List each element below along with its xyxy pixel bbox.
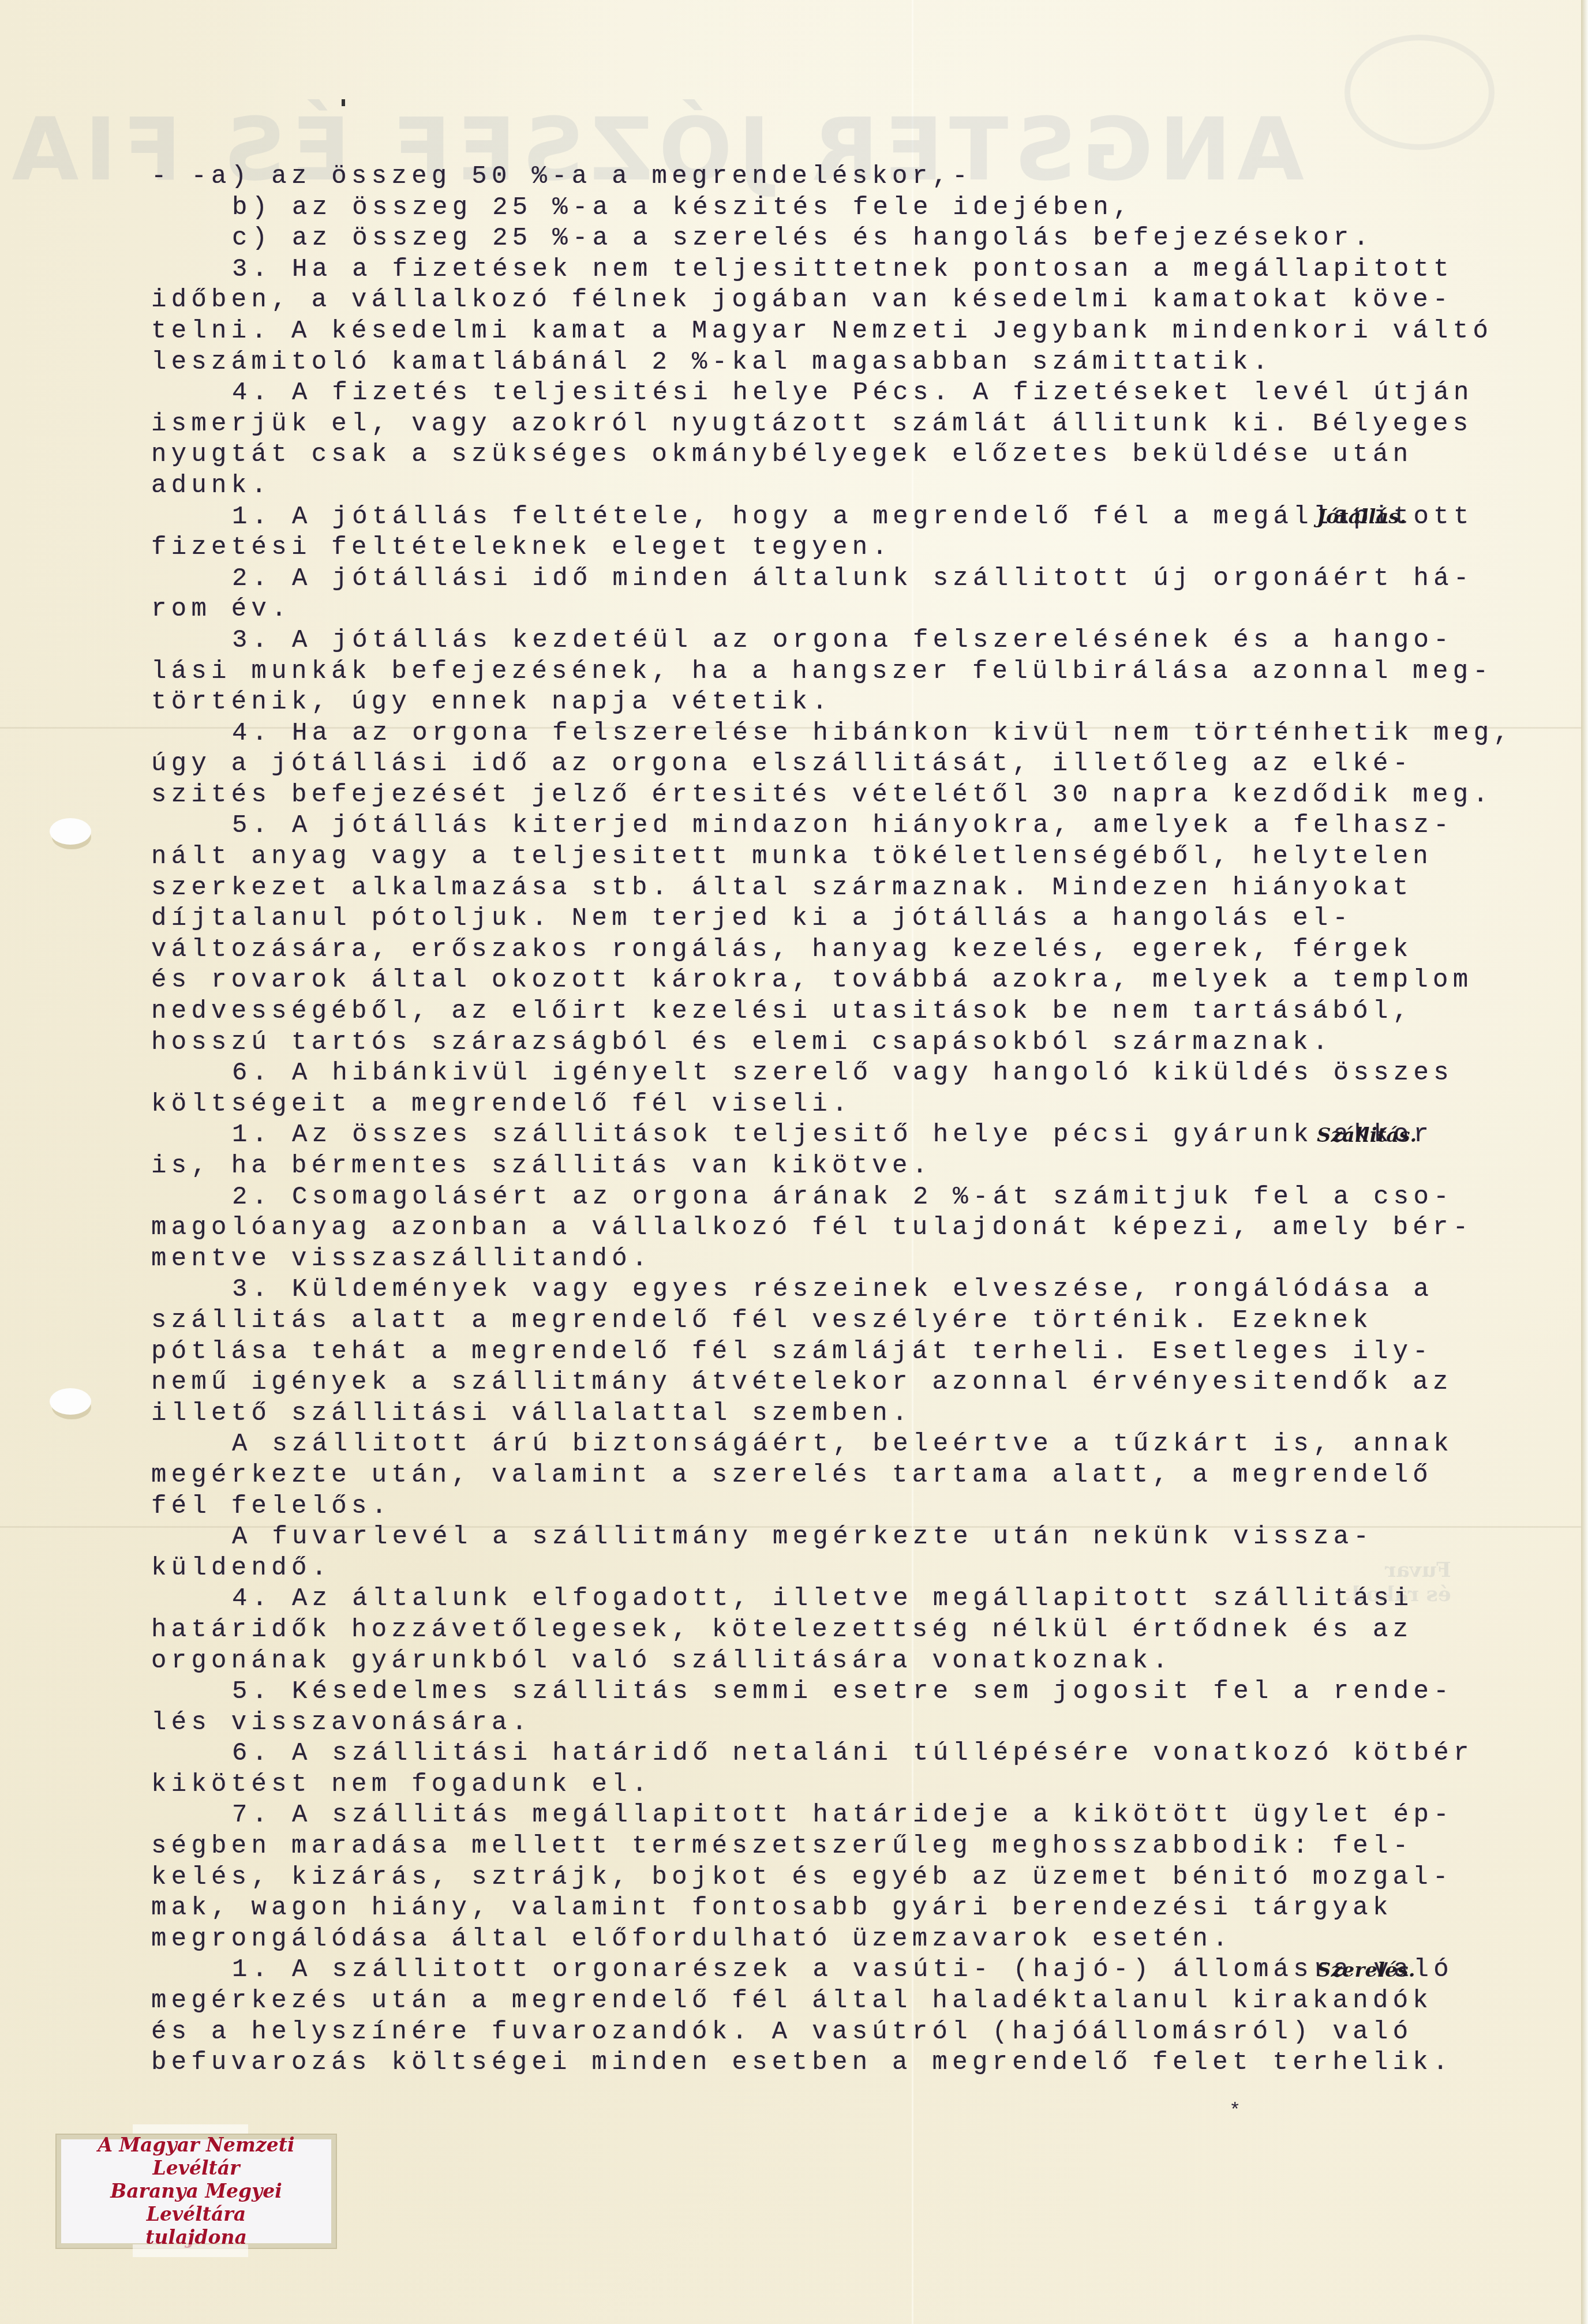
archive-label-line-1: A Magyar Nemzeti Levéltár <box>61 2134 331 2180</box>
text-line: költségeit a megrendelő fél viseli. <box>151 1089 1317 1120</box>
text-line: és rovarok által okozott károkra, tovább… <box>151 965 1317 996</box>
page-edge <box>1581 0 1588 2324</box>
text-line: változására, erőszakos rongálás, hanyag … <box>151 935 1317 966</box>
text-line: mak, wagon hiány, valamint fontosabb gyá… <box>151 1893 1317 1924</box>
text-line: 3. A jótállás kezdetéül az orgona felsze… <box>151 625 1317 657</box>
document-page: ANGSTER JÓZSEF ÉS FIA PÉCS Fuvarés rakod… <box>0 0 1588 2324</box>
text-line: kikötést nem fogadunk el. <box>151 1770 1317 1801</box>
text-line: 4. A fizetés teljesitési helye Pécs. A f… <box>151 378 1317 409</box>
adhesive-tape <box>133 2244 248 2257</box>
archive-label-line-2: Baranya Megyei Levéltára <box>61 2180 331 2226</box>
text-line: lés visszavonására. <box>151 1708 1317 1739</box>
text-line: ségben maradása mellett természetszerűle… <box>151 1831 1317 1862</box>
text-line: 2. Csomagolásért az orgona árának 2 %-át… <box>151 1182 1317 1213</box>
text-line: orgonának gyárunkból való szállitására v… <box>151 1646 1317 1677</box>
text-line: szerkezet alkalmazása stb. által származ… <box>151 873 1317 904</box>
text-line: ismerjük el, vagy azokról nyugtázott szá… <box>151 409 1317 440</box>
text-line: 6. A hibánkivül igényelt szerelő vagy ha… <box>151 1058 1317 1089</box>
margin-note-szereles: Szerelés. <box>1317 1959 1415 1982</box>
text-line: b) az összeg 25 %-a a készités fele idej… <box>151 193 1317 224</box>
text-line: c) az összeg 25 %-a a szerelés és hangol… <box>151 223 1317 254</box>
text-line: szállitás alatt a megrendelő fél veszély… <box>151 1306 1317 1337</box>
punch-hole <box>50 1388 91 1415</box>
text-line: hosszú tartós szárazságból és elemi csap… <box>151 1028 1317 1059</box>
end-mark: * <box>1229 2100 1241 2122</box>
text-line: A szállitott árú biztonságáért, beleértv… <box>151 1429 1317 1460</box>
text-line: 3. Küldemények vagy egyes részeinek elve… <box>151 1275 1317 1306</box>
text-line: nemű igények a szállitmány átvételekor a… <box>151 1367 1317 1399</box>
text-line: 5. A jótállás kiterjed mindazon hiányokr… <box>151 811 1317 842</box>
text-line: 6. A szállitási határidő netaláni túllép… <box>151 1738 1317 1770</box>
archive-ownership-label: A Magyar Nemzeti Levéltár Baranya Megyei… <box>55 2134 337 2249</box>
text-line: kelés, kizárás, sztrájk, bojkot és egyéb… <box>151 1862 1317 1894</box>
text-line: 5. Késedelmes szállitás semmi esetre sem… <box>151 1677 1317 1708</box>
text-line: 1. A szállitott orgonarészek a vasúti- (… <box>151 1955 1317 1986</box>
text-line: lási munkák befejezésének, ha a hangszer… <box>151 657 1317 688</box>
text-line: díjtalanul pótoljuk. Nem terjed ki a jót… <box>151 904 1317 935</box>
text-line: A fuvarlevél a szállitmány megérkezte ut… <box>151 1522 1317 1553</box>
text-line: történik, úgy ennek napja vétetik. <box>151 687 1317 718</box>
text-line: úgy a jótállási idő az orgona elszállitá… <box>151 749 1317 780</box>
text-line: nált anyag vagy a teljesitett munka töké… <box>151 842 1317 873</box>
margin-note-jotallas: Jótállás. <box>1317 505 1406 528</box>
text-line: illető szállitási vállalattal szemben. <box>151 1399 1317 1430</box>
text-line: befuvarozás költségei minden esetben a m… <box>151 2048 1317 2079</box>
typewritten-body: - -a) az összeg 50 %-a a megrendeléskor,… <box>151 162 1317 2079</box>
text-line: nedvességéből, az előirt kezelési utasit… <box>151 996 1317 1028</box>
text-line: megérkezés után a megrendelő fél által h… <box>151 1986 1317 2017</box>
text-line: mentve visszaszállitandó. <box>151 1244 1317 1275</box>
text-line: megrongálódása által előfordulható üzemz… <box>151 1924 1317 1955</box>
text-line: 3. Ha a fizetések nem teljesittetnek pon… <box>151 254 1317 286</box>
text-line: magolóanyag azonban a vállalkozó fél tul… <box>151 1213 1317 1244</box>
ink-dot <box>342 99 345 106</box>
text-line: 1. A jótállás feltétele, hogy a megrende… <box>151 502 1317 533</box>
text-line: rom év. <box>151 594 1317 625</box>
text-line: - -a) az összeg 50 %-a a megrendeléskor,… <box>151 162 1317 193</box>
text-line: telni. A késedelmi kamat a Magyar Nemzet… <box>151 316 1317 347</box>
text-line: fél felelős. <box>151 1491 1317 1523</box>
text-line: és a helyszínére fuvarozandók. A vasútró… <box>151 2017 1317 2048</box>
text-line: időben, a vállalkozó félnek jogában van … <box>151 285 1317 316</box>
text-line: pótlása tehát a megrendelő fél számláját… <box>151 1337 1317 1368</box>
text-line: adunk. <box>151 471 1317 502</box>
text-line: 4. Ha az orgona felszerelése hibánkon ki… <box>151 718 1317 749</box>
text-line: is, ha bérmentes szállitás van kikötve. <box>151 1151 1317 1182</box>
text-line: küldendő. <box>151 1553 1317 1584</box>
text-line: határidők hozzávetőlegesek, kötelezettsé… <box>151 1615 1317 1646</box>
punch-hole <box>50 818 91 845</box>
letterhead-logo-showthrough <box>1344 35 1495 150</box>
margin-note-szallitas: Szállitás. <box>1317 1124 1417 1147</box>
text-line: fizetési feltételeknek eleget tegyen. <box>151 533 1317 564</box>
text-line: szités befejezését jelző értesités vétel… <box>151 780 1317 811</box>
text-line: leszámitoló kamatlábánál 2 %-kal magasab… <box>151 347 1317 378</box>
text-line: 7. A szállitás megállapitott határideje … <box>151 1800 1317 1831</box>
text-line: megérkezte után, valamint a szerelés tar… <box>151 1460 1317 1491</box>
text-line: nyugtát csak a szükséges okmánybélyegek … <box>151 440 1317 471</box>
text-line: 1. Az összes szállitások teljesitő helye… <box>151 1120 1317 1151</box>
text-line: 4. Az általunk elfogadott, illetve megál… <box>151 1584 1317 1615</box>
text-line: 2. A jótállási idő minden általunk száll… <box>151 564 1317 595</box>
